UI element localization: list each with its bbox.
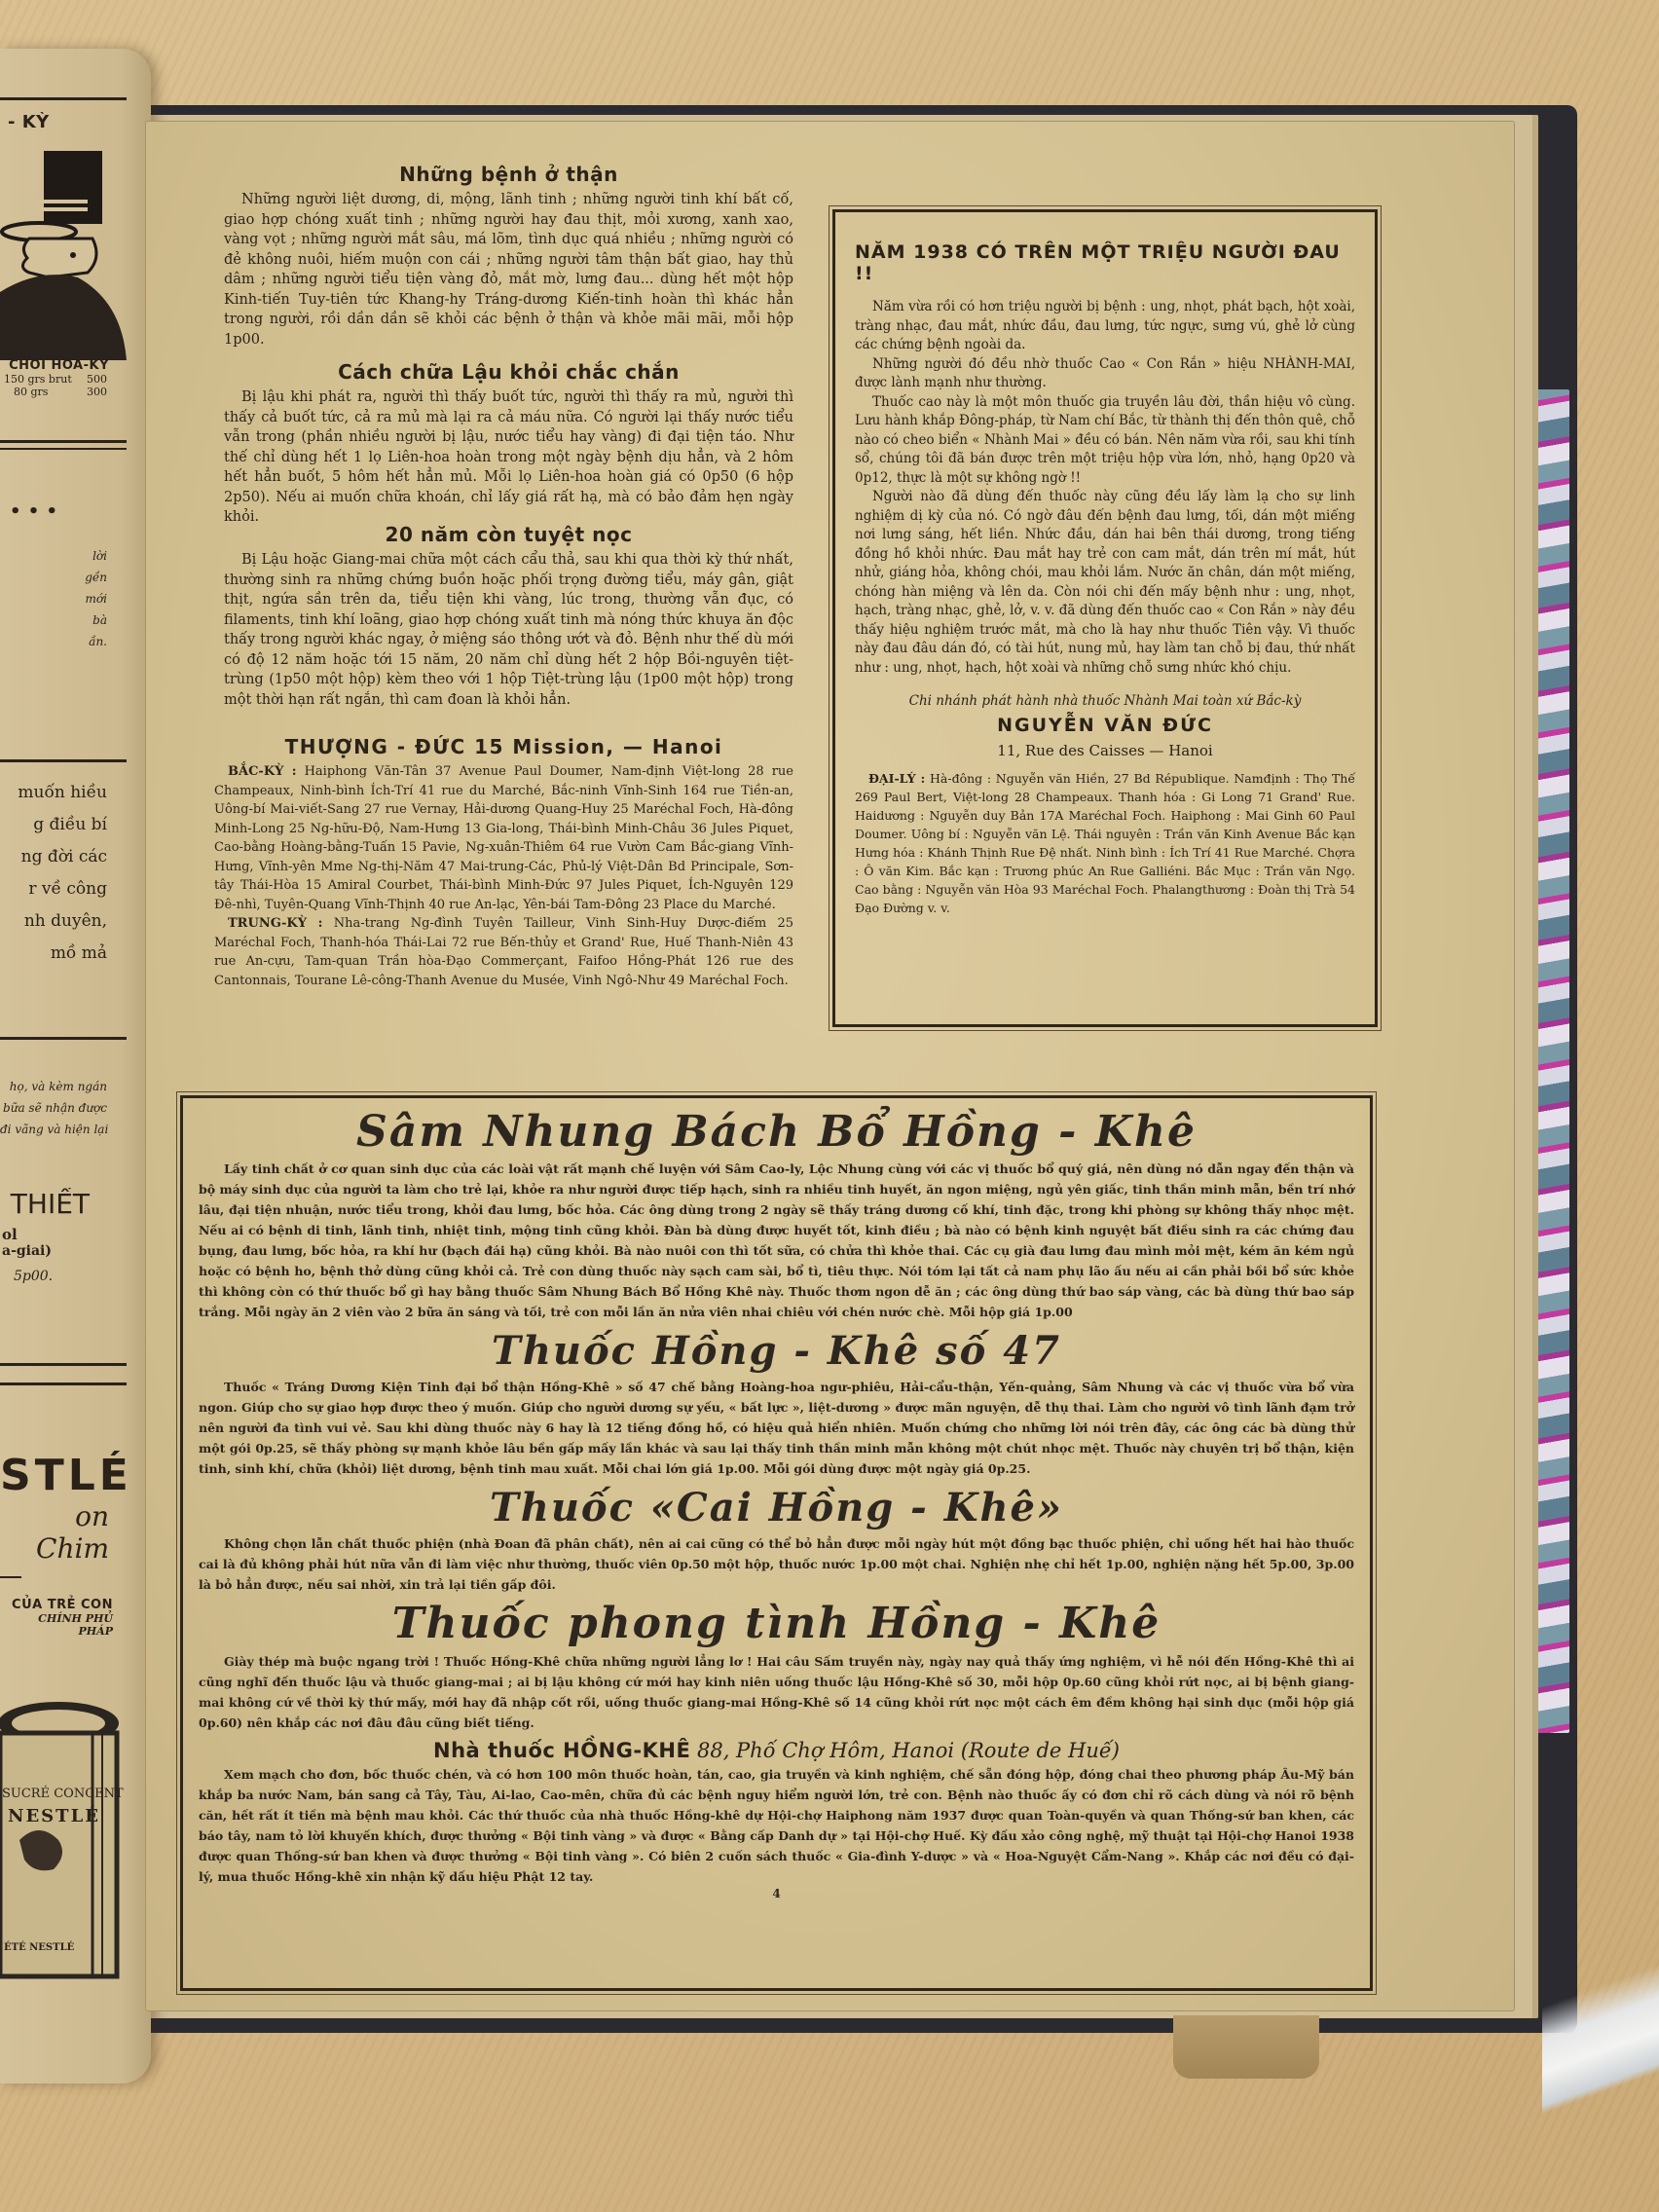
folded-paper-flap [1173,2015,1319,2079]
nestle-ad: STLÉ on Chim CỦA TRẺ CON CHÍNH PHỦ PHÁP [0,1451,129,1638]
thuong-duc-agents: THƯỢNG - ĐỨC 15 Mission, — Hanoi BẮC-KỲ … [214,735,793,990]
left-page-rule [0,1363,127,1366]
left-page-header-fragment: - KỲ [0,112,129,132]
left-page-rule [0,440,127,443]
ad-nhanh-mai-body: Năm vừa rồi có hơn triệu người bị bệnh :… [855,298,1355,678]
pharmacy-title: Nhà thuốc HỒNG-KHÊ 88, Phố Chợ Hôm, Hano… [199,1739,1354,1762]
top-hat-man-illustration [0,146,129,360]
left-page-rule [0,1382,127,1385]
article-20-years: 20 năm còn tuyệt nọc Bị Lậu hoặc Giang-m… [224,523,793,710]
newspaper-page: Những bệnh ở thận Những người liệt dương… [146,122,1514,2010]
article-lau-cure: Cách chữa Lậu khỏi chắc chắn Bị lậu khi … [224,360,793,528]
phong-tinh-body: Giày thép mà buộc ngang trời ! Thuốc Hồn… [199,1651,1354,1733]
cai-body: Không chọn lẫn chất thuốc phiện (nhà Đoa… [199,1533,1354,1595]
large-text-fragment: muốn hiều g điều bí ng đời các r về công… [0,777,129,970]
thuong-duc-title: THƯỢNG - ĐỨC 15 Mission, — Hanoi [214,735,793,758]
nestle-rule [0,1576,21,1578]
sam-nhung-body: Lấy tinh chất ở cơ quan sinh dục của các… [199,1159,1354,1322]
price-row: 80 grs 300 [0,386,129,398]
article-title: 20 năm còn tuyệt nọc [224,523,793,546]
article-kidney-diseases: Những bệnh ở thận Những người liệt dương… [224,163,793,350]
ellipsis: • • • [0,501,129,522]
phong-tinh-title: Thuốc phong tình Hồng - Khê [199,1597,1354,1651]
italic-text-fragment-2: họ, và kèm ngán bữa sẽ nhận được đi vãng… [0,1076,129,1140]
left-page-top-rule [0,97,127,100]
italic-text-fragment: lời gền mới bà ần. [0,545,129,652]
trung-ky-agents: TRUNG-KỲ : Nha-trang Ng-đình Tuyên Taill… [214,914,793,990]
price-row: 150 grs brut 500 [0,373,129,386]
pharmacy-body: Xem mạch cho đơn, bốc thuốc chén, và có … [199,1764,1354,1887]
top-hat-man-icon [0,146,129,360]
branch-line: Chi nhánh phát hành nhà thuốc Nhành Mai … [855,693,1355,709]
sam-nhung-title: Sâm Nhung Bách Bổ Hồng - Khê [199,1106,1354,1159]
dai-ly-list: ĐẠI-LÝ : Hà-đông : Nguyễn văn Hiền, 27 B… [855,769,1355,917]
article-title: Những bệnh ở thận [224,163,793,186]
nestle-can-illustration: SUCRÉ CONCENT NESTLÉ ÉTÉ NESTLÉ [0,1694,129,1996]
left-page-rule [0,448,127,450]
article-body: Những người liệt dương, di, mộng, lãnh t… [224,190,793,350]
cai-title: Thuốc «Cai Hồng - Khê» [199,1483,1354,1533]
agent-address: 11, Rue des Caisses — Hanoi [855,742,1355,759]
article-title: Cách chữa Lậu khỏi chắc chắn [224,360,793,384]
agent-name: NGUYỄN VĂN ĐỨC [855,715,1355,736]
page-number: 4 [199,1887,1354,1900]
left-page-rule [0,759,127,762]
ad-nhanh-mai-box: NĂM 1938 CÓ TRÊN MỘT TRIỆU NGƯỜI ĐAU !! … [832,209,1378,1027]
bac-ky-agents: BẮC-KỲ : Haiphong Văn-Tân 37 Avenue Paul… [214,762,793,914]
ad-hoa-ky: CHỒI HOA-KỲ 150 grs brut 500 80 grs 300 [0,358,129,398]
ad-hong-khe-box: Sâm Nhung Bách Bổ Hồng - Khê Lấy tinh ch… [180,1095,1373,1991]
left-page: - KỲ CHỒI HOA-KỲ 150 grs brut 500 80 grs… [0,49,151,2083]
article-body: Bị Lậu hoặc Giang-mai chữa một cách cẩu … [224,550,793,710]
left-page-rule [0,1037,127,1040]
so-47-body: Thuốc « Tráng Dương Kiện Tinh đại bổ thậ… [199,1377,1354,1479]
light-glare [1542,1842,1659,2212]
so-47-title: Thuốc Hồng - Khê số 47 [199,1326,1354,1377]
thiet-ad: THIẾT ol a-giai) 5p00. [0,1188,129,1284]
article-body: Bị lậu khi phát ra, người thì thấy buốt … [224,387,793,528]
ad-nhanh-mai-title: NĂM 1938 CÓ TRÊN MỘT TRIỆU NGƯỜI ĐAU !! [855,241,1355,284]
